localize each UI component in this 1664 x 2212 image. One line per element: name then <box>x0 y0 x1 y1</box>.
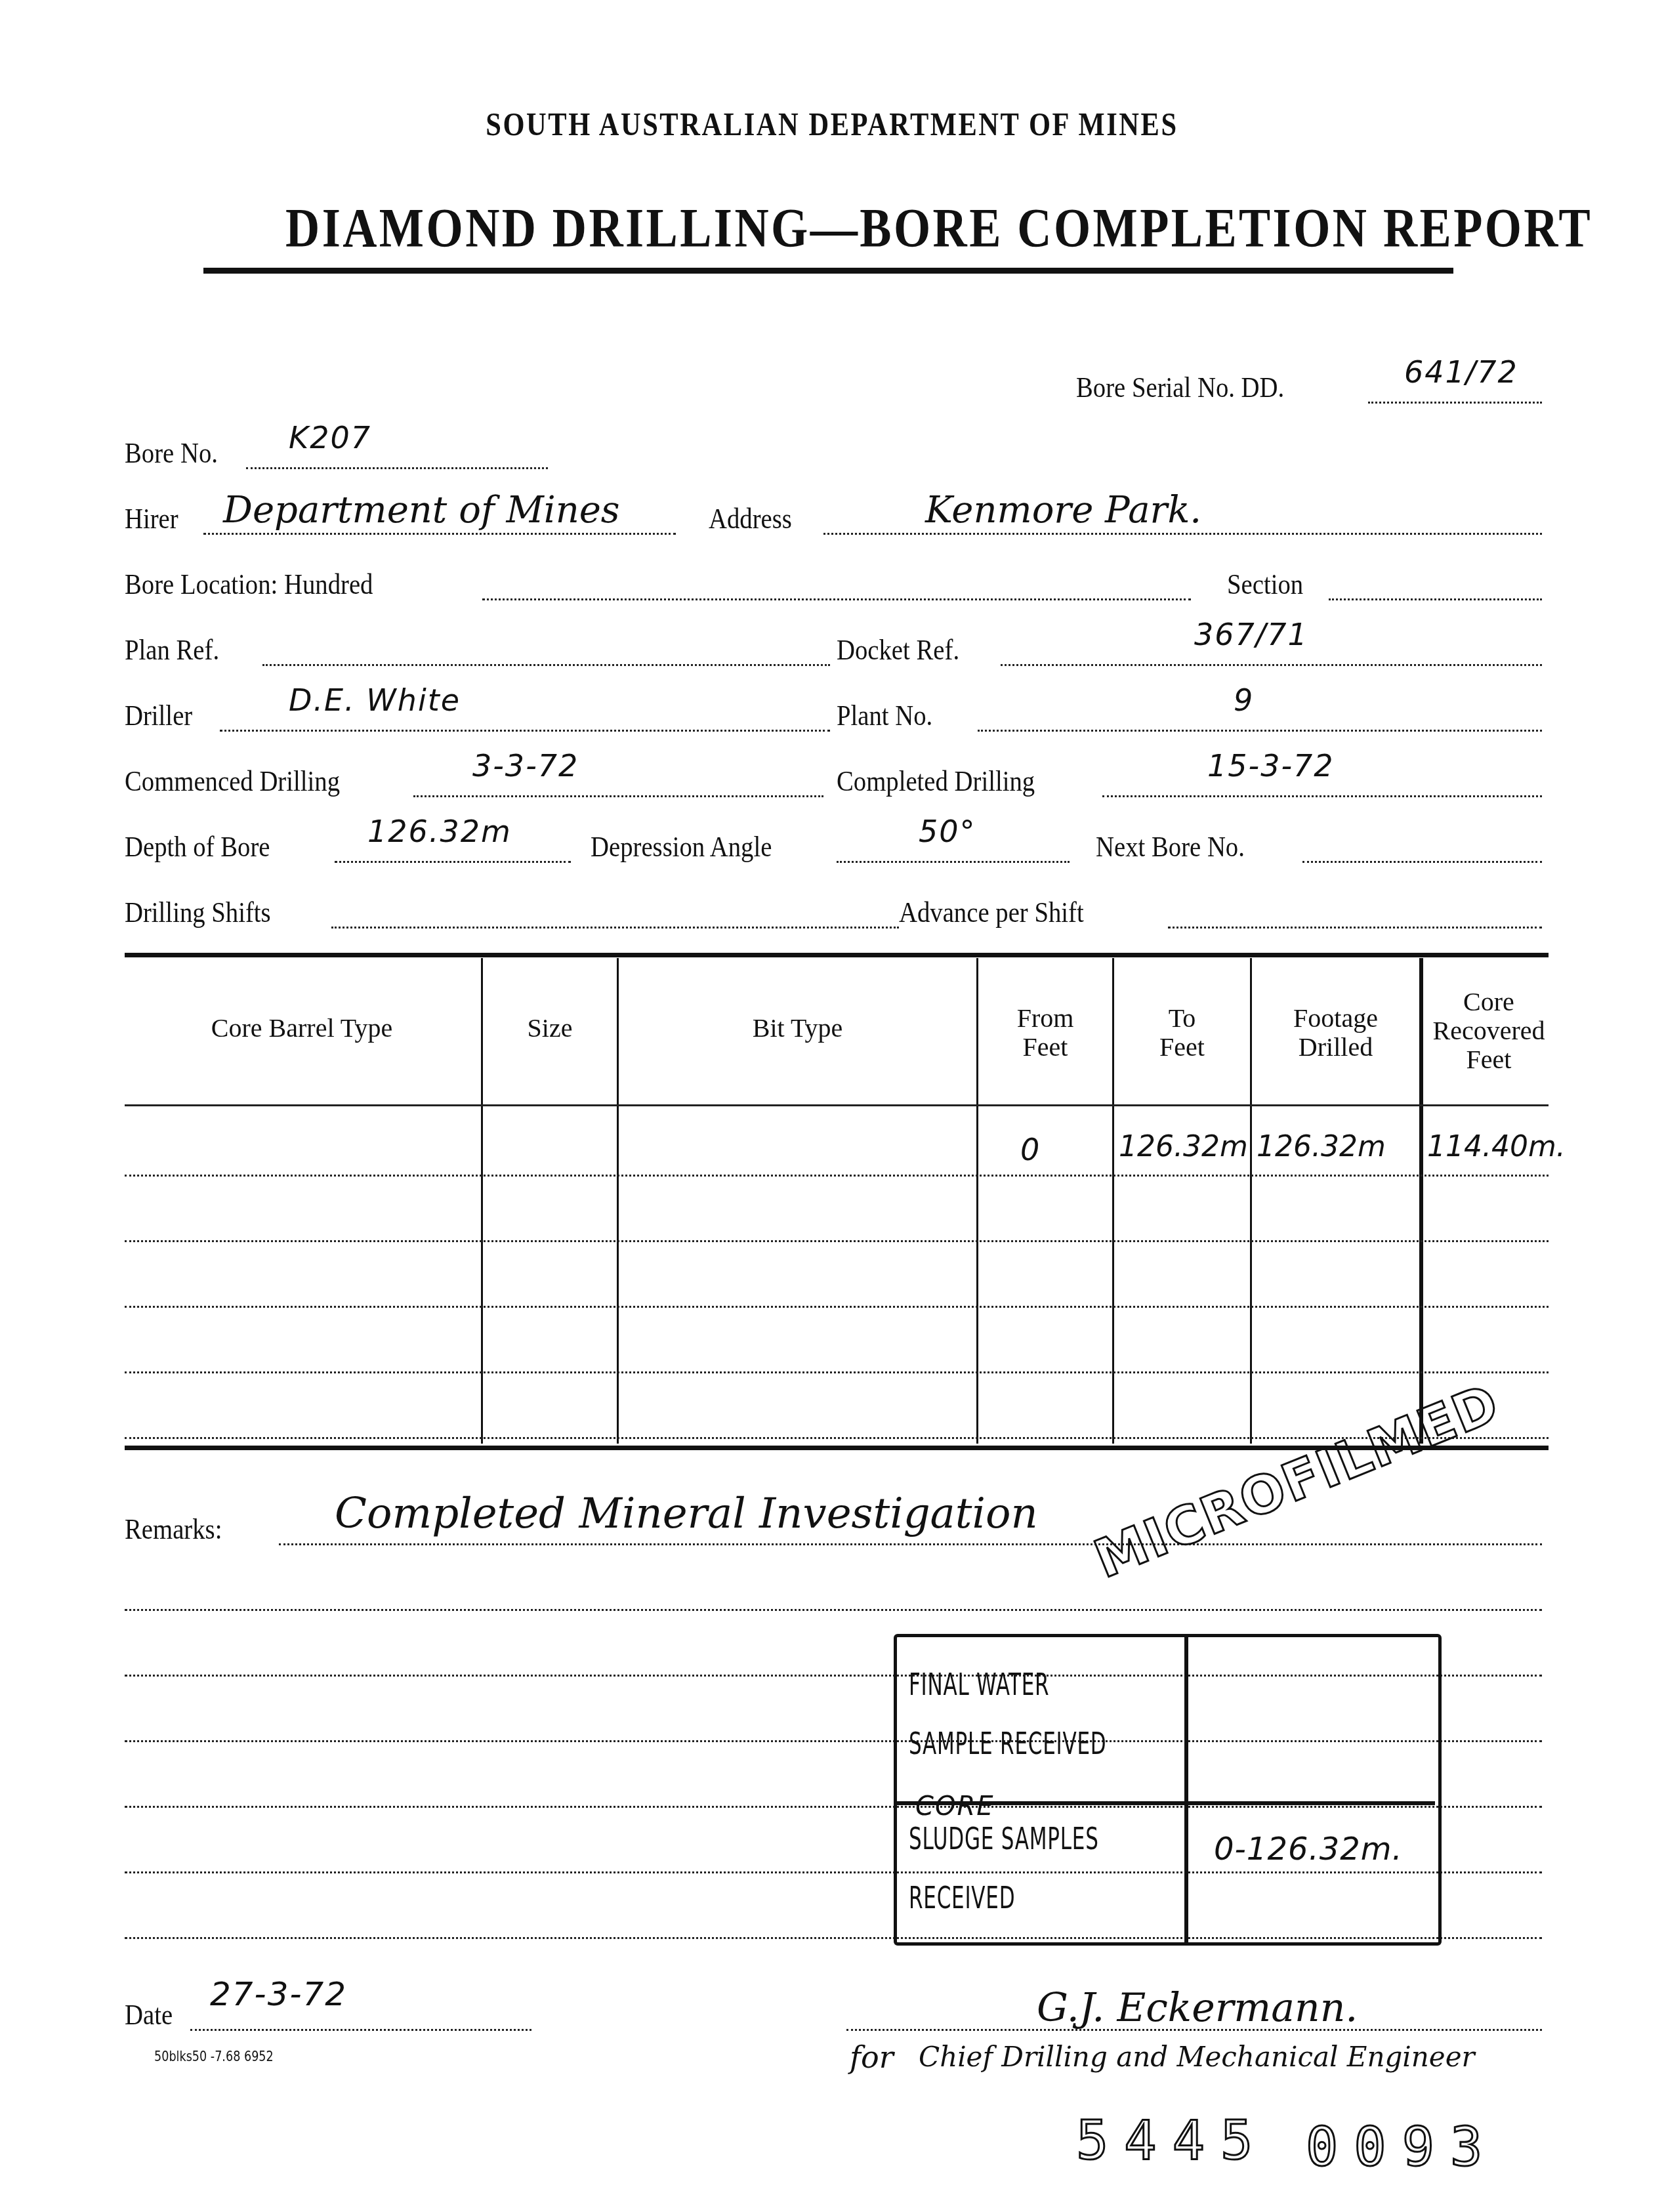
address-value[interactable]: Kenmore Park. <box>925 489 1201 532</box>
completed-value[interactable]: 15-3-72 <box>1207 748 1335 783</box>
col-header-text: Core <box>1423 988 1554 1016</box>
driller-value[interactable]: D.E. White <box>289 682 461 718</box>
table-header-rule <box>125 1104 1549 1106</box>
col-header-text: Feet <box>1114 1033 1250 1062</box>
depth-label: Depth of Bore <box>125 830 270 864</box>
table-row[interactable] <box>125 1371 1549 1373</box>
next-bore-line[interactable] <box>1302 861 1542 863</box>
col-header-bit-type: Bit Type <box>619 1014 976 1043</box>
remarks-value[interactable]: Completed Mineral Investigation <box>335 1490 1038 1538</box>
drilling-shifts-line[interactable] <box>331 927 899 929</box>
completed-line <box>1102 795 1542 797</box>
hirer-line <box>203 533 676 535</box>
plant-no-label: Plant No. <box>837 699 932 732</box>
docket-ref-label: Docket Ref. <box>837 633 959 667</box>
col-header-size: Size <box>483 1014 617 1043</box>
bore-no-label: Bore No. <box>125 436 218 470</box>
advance-label: Advance per Shift <box>899 896 1084 929</box>
col-header-text: Feet <box>978 1033 1112 1062</box>
hundred-label: Bore Location: Hundred <box>125 568 373 601</box>
commenced-label: Commenced Drilling <box>125 764 340 798</box>
table-top-rule <box>125 953 1549 957</box>
signatory-title: Chief Drilling and Mechanical Engineer <box>919 2041 1475 2073</box>
stamp-core-handwritten: CORE <box>915 1791 994 1822</box>
stamp-core-value[interactable]: 0-126.32m. <box>1214 1831 1403 1868</box>
report-title: DIAMOND DRILLING—BORE COMPLETION REPORT <box>285 197 1375 261</box>
col-header-text: From <box>978 1004 1112 1033</box>
remarks-line <box>279 1543 1542 1545</box>
table-row[interactable] <box>125 1175 1549 1177</box>
row1-from-value[interactable]: 0 <box>1020 1132 1041 1167</box>
depth-value[interactable]: 126.32m <box>367 814 512 849</box>
advance-line[interactable] <box>1168 927 1542 929</box>
stamp-sludge-samples: SLUDGE SAMPLES <box>909 1821 1099 1856</box>
plant-no-value[interactable]: 9 <box>1234 682 1254 718</box>
col-header-text: Feet <box>1423 1045 1554 1074</box>
stamp-received: RECEIVED <box>909 1880 1015 1915</box>
docket-ref-value[interactable]: 367/71 <box>1194 617 1308 652</box>
address-label: Address <box>709 502 792 535</box>
plant-no-line <box>978 730 1542 732</box>
date-line <box>190 2029 531 2031</box>
col-header-core-barrel-type: Core Barrel Type <box>125 1014 479 1043</box>
stamp-final-water: FINAL WATER <box>909 1667 1049 1702</box>
bore-no-line <box>246 467 548 469</box>
address-line <box>823 533 1542 535</box>
table-row[interactable] <box>125 1306 1549 1308</box>
hundred-line[interactable] <box>482 598 1191 600</box>
col-header-core-recovered: CoreRecoveredFeet <box>1423 988 1554 1074</box>
driller-label: Driller <box>125 699 192 732</box>
row1-core-recovered-value[interactable]: 114.40m. <box>1427 1130 1566 1163</box>
date-value[interactable]: 27-3-72 <box>210 1975 347 2013</box>
depression-angle-line <box>837 861 1070 863</box>
department-heading: SOUTH AUSTRALIAN DEPARTMENT OF MINES <box>125 105 1539 143</box>
remarks-label: Remarks: <box>125 1513 222 1546</box>
title-divider <box>203 268 1453 274</box>
col-header-text: To <box>1114 1004 1250 1033</box>
table-row[interactable] <box>125 1240 1549 1242</box>
next-bore-label: Next Bore No. <box>1096 830 1245 864</box>
col-header-text: Footage <box>1252 1004 1419 1033</box>
stamp-number-1: 5445 <box>1076 2110 1268 2172</box>
section-label: Section <box>1227 568 1303 601</box>
row1-footage-value[interactable]: 126.32m <box>1257 1130 1386 1163</box>
commenced-value[interactable]: 3-3-72 <box>472 748 579 783</box>
date-label: Date <box>125 1998 173 2032</box>
stamp-number-2: 0093 <box>1306 2116 1498 2179</box>
col-header-from-feet: FromFeet <box>978 1004 1112 1062</box>
remarks-line[interactable] <box>125 1609 1542 1611</box>
hirer-value[interactable]: Department of Mines <box>223 489 620 532</box>
col-header-footage-drilled: FootageDrilled <box>1252 1004 1419 1062</box>
for-prefix: for <box>850 2039 894 2075</box>
commenced-line <box>413 795 823 797</box>
bore-serial-label: Bore Serial No. DD. <box>1076 371 1284 404</box>
form-code: 50blks50 -7.68 6952 <box>154 2049 274 2065</box>
section-line[interactable] <box>1329 598 1542 600</box>
driller-line <box>220 730 830 732</box>
plan-ref-label: Plan Ref. <box>125 633 219 667</box>
docket-ref-line <box>1001 664 1542 666</box>
drilling-shifts-label: Drilling Shifts <box>125 896 271 929</box>
col-header-text: Drilled <box>1252 1033 1419 1062</box>
bore-serial-line <box>1368 402 1542 404</box>
col-header-to-feet: ToFeet <box>1114 1004 1250 1062</box>
hirer-label: Hirer <box>125 502 178 535</box>
col-header-text: Recovered <box>1423 1016 1554 1045</box>
depression-angle-label: Depression Angle <box>591 830 772 864</box>
bore-serial-value[interactable]: 641/72 <box>1404 354 1518 390</box>
bore-no-value[interactable]: K207 <box>289 420 371 455</box>
stamp-sample-received: SAMPLE RECEIVED <box>909 1726 1106 1761</box>
depression-angle-value[interactable]: 50° <box>919 814 976 849</box>
row1-to-value[interactable]: 126.32m <box>1119 1130 1248 1163</box>
plan-ref-line[interactable] <box>262 664 830 666</box>
microfilmed-stamp: MICROFILMED <box>1086 1372 1508 1590</box>
signature: G.J. Eckermann. <box>1037 1985 1358 2031</box>
depth-line <box>335 861 571 863</box>
stamp-divider-vertical <box>1184 1634 1188 1942</box>
completed-label: Completed Drilling <box>837 764 1035 798</box>
